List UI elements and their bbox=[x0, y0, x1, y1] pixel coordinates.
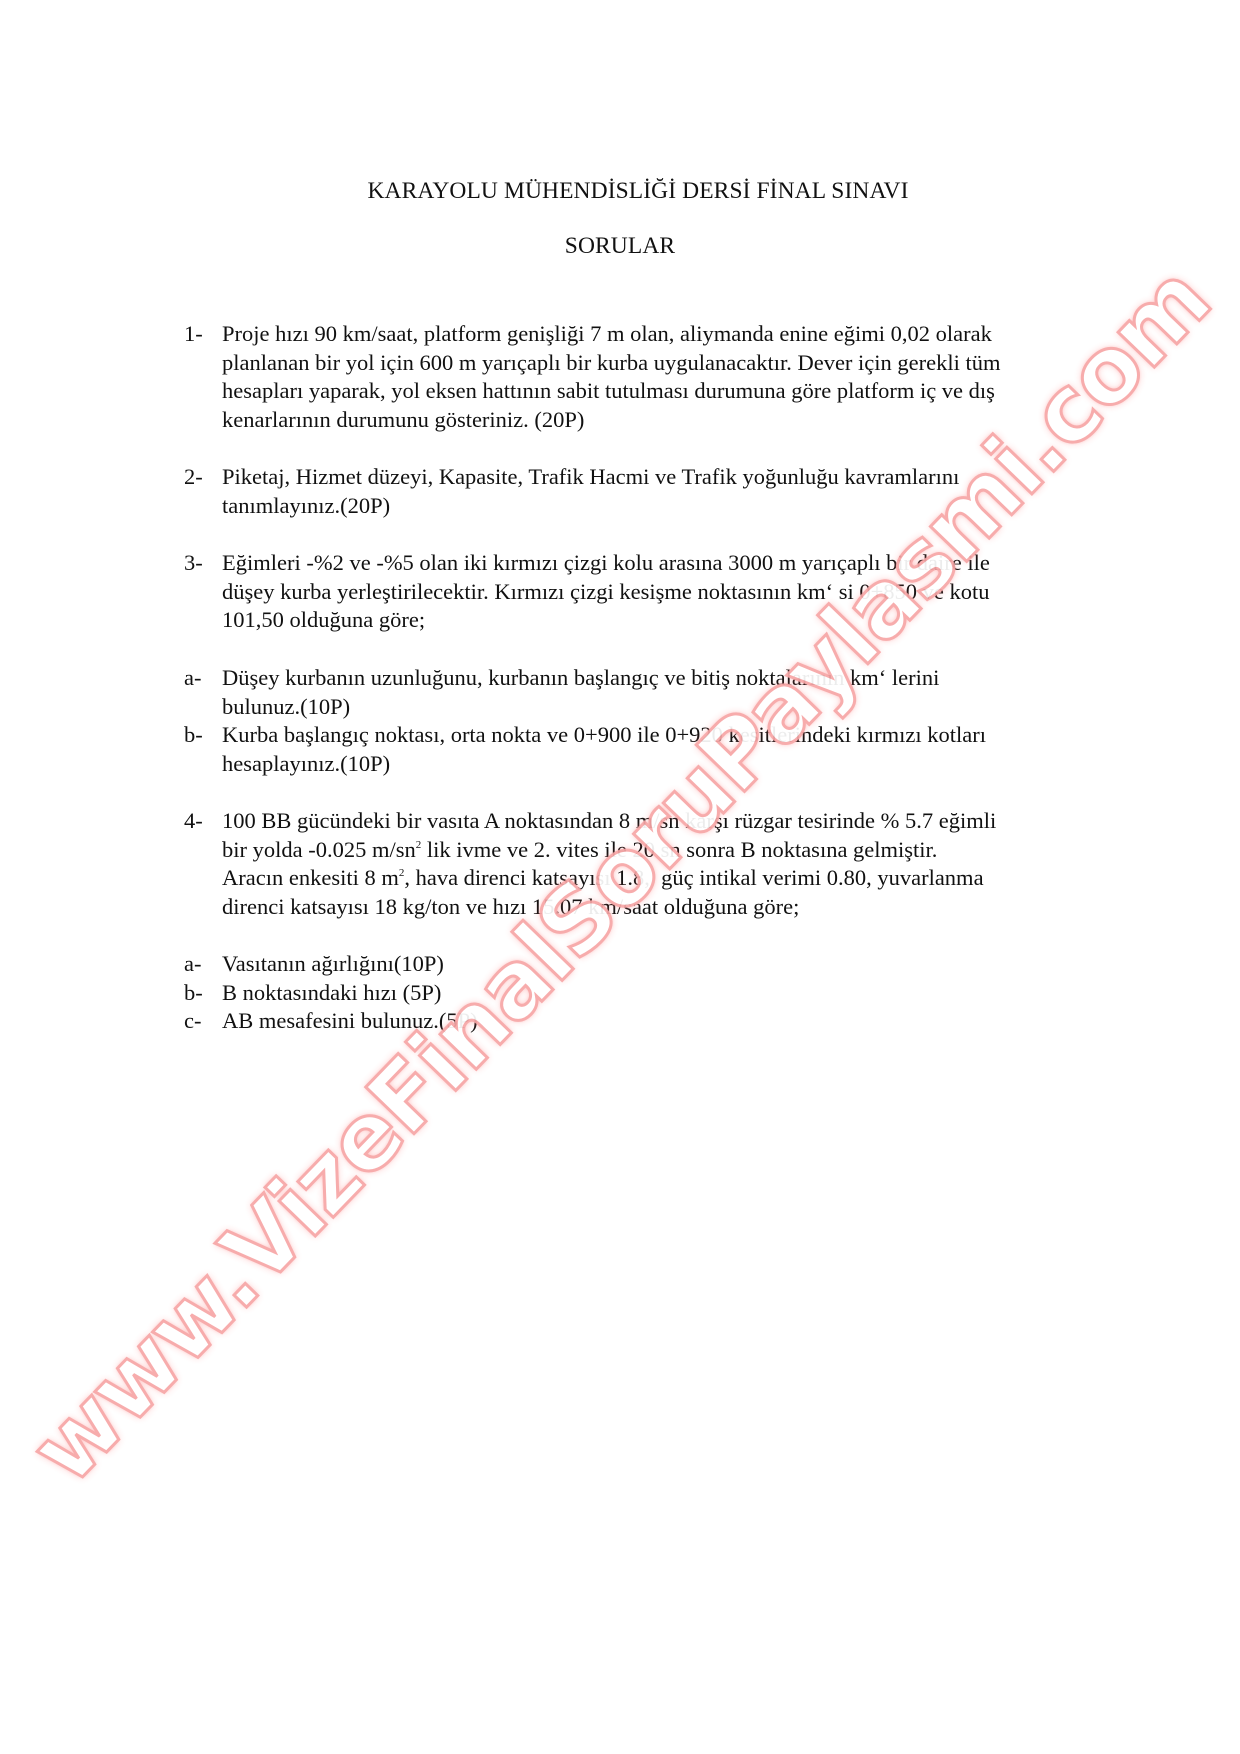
part-text-line: Düşey kurbanın uzunluğunu, kurbanın başl… bbox=[222, 664, 1104, 693]
part-text-line: AB mesafesini bulunuz.(5P) bbox=[222, 1007, 1104, 1036]
question-text-line: hesapları yaparak, yol eksen hattının sa… bbox=[222, 377, 1104, 406]
part-label: b- bbox=[184, 979, 203, 1008]
question-text-line: direnci katsayısı 18 kg/ton ve hızı 15.0… bbox=[222, 893, 1104, 922]
question-text-line: tanımlayınız.(20P) bbox=[222, 492, 1104, 521]
question-number: 3- bbox=[184, 549, 203, 578]
part-label: b- bbox=[184, 721, 203, 750]
question-4-part-c: c- AB mesafesini bulunuz.(5P) bbox=[184, 1007, 1104, 1036]
part-label: a- bbox=[184, 950, 201, 979]
part-label: c- bbox=[184, 1007, 201, 1036]
question-4-part-a: a- Vasıtanın ağırlığını(10P) bbox=[184, 950, 1104, 979]
question-text-line: 101,50 olduğuna göre; bbox=[222, 606, 1104, 635]
part-text-line: B noktasındaki hızı (5P) bbox=[222, 979, 1104, 1008]
question-number: 1- bbox=[184, 320, 203, 349]
part-text-line: hesaplayınız.(10P) bbox=[222, 750, 1104, 779]
question-3-part-b: b- Kurba başlangıç noktası, orta nokta v… bbox=[184, 721, 1104, 778]
part-text-line: Vasıtanın ağırlığını(10P) bbox=[222, 950, 1104, 979]
part-text-line: Kurba başlangıç noktası, orta nokta ve 0… bbox=[222, 721, 1104, 750]
question-2: 2- Piketaj, Hizmet düzeyi, Kapasite, Tra… bbox=[184, 463, 1104, 520]
exam-subtitle: SORULAR bbox=[0, 233, 1240, 260]
part-text-line: bulunuz.(10P) bbox=[222, 693, 1104, 722]
question-text-line: Eğimleri -%2 ve -%5 olan iki kırmızı çiz… bbox=[222, 549, 1104, 578]
text-segment: Aracın enkesiti 8 m bbox=[222, 865, 399, 890]
question-4-parts: a- Vasıtanın ağırlığını(10P) b- B noktas… bbox=[184, 950, 1104, 1036]
question-1: 1- Proje hızı 90 km/saat, platform geniş… bbox=[184, 320, 1104, 434]
question-number: 4- bbox=[184, 807, 203, 836]
question-text-line: 100 BB gücündeki bir vasıta A noktasında… bbox=[222, 807, 1104, 836]
question-3: 3- Eğimleri -%2 ve -%5 olan iki kırmızı … bbox=[184, 549, 1104, 635]
question-number: 2- bbox=[184, 463, 203, 492]
question-4-part-b: b- B noktasındaki hızı (5P) bbox=[184, 979, 1104, 1008]
question-text-line: kenarlarının durumunu gösteriniz. (20P) bbox=[222, 406, 1104, 435]
question-text-line: düşey kurba yerleştirilecektir. Kırmızı … bbox=[222, 578, 1104, 607]
question-text-line: Aracın enkesiti 8 m2, hava direnci katsa… bbox=[222, 864, 1104, 893]
question-text-line: bir yolda -0.025 m/sn2 lik ivme ve 2. vi… bbox=[222, 836, 1104, 865]
part-label: a- bbox=[184, 664, 201, 693]
exam-page: KARAYOLU MÜHENDİSLİĞİ DERSİ FİNAL SINAVI… bbox=[0, 0, 1240, 1754]
exam-title: KARAYOLU MÜHENDİSLİĞİ DERSİ FİNAL SINAVI bbox=[18, 178, 1240, 205]
question-text-line: Piketaj, Hizmet düzeyi, Kapasite, Trafik… bbox=[222, 463, 1104, 492]
question-3-parts: a- Düşey kurbanın uzunluğunu, kurbanın b… bbox=[184, 664, 1104, 778]
question-text-line: planlanan bir yol için 600 m yarıçaplı b… bbox=[222, 349, 1104, 378]
question-3-part-a: a- Düşey kurbanın uzunluğunu, kurbanın b… bbox=[184, 664, 1104, 721]
text-segment: , hava direnci katsayısı 1.8, güç intika… bbox=[404, 865, 983, 890]
question-4: 4- 100 BB gücündeki bir vasıta A noktası… bbox=[184, 807, 1104, 921]
question-text-line: Proje hızı 90 km/saat, platform genişliğ… bbox=[222, 320, 1104, 349]
text-segment: lik ivme ve 2. vites ile 20 sn sonra B n… bbox=[421, 837, 937, 862]
text-segment: bir yolda -0.025 m/sn bbox=[222, 837, 416, 862]
